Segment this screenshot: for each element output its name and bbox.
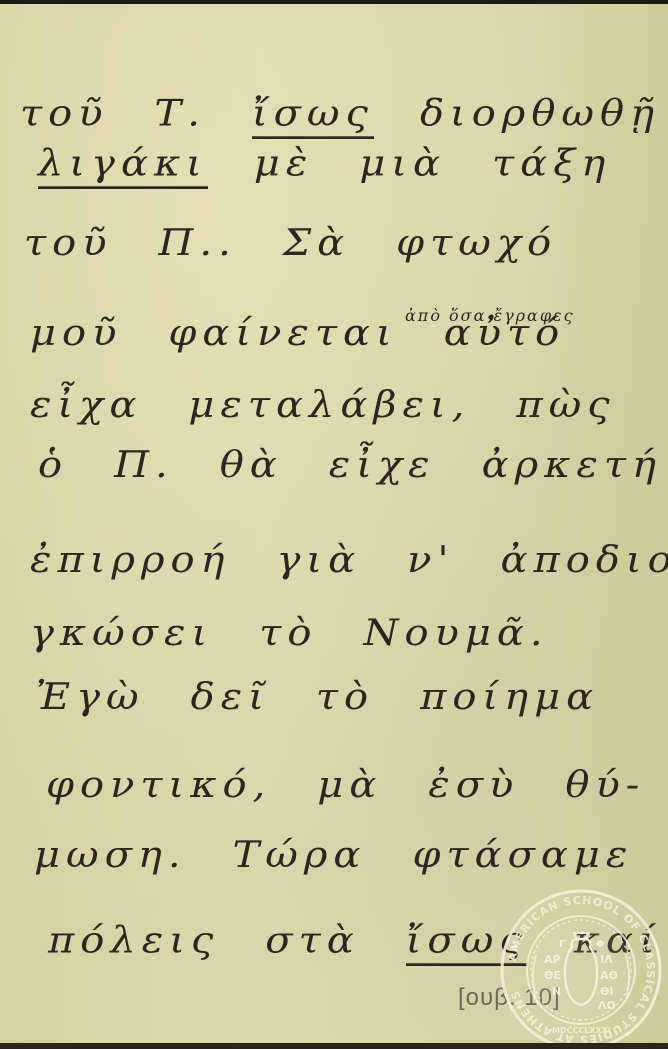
handwritten-word: γκώσει	[30, 613, 213, 654]
handwritten-word: εἶχε	[329, 445, 436, 486]
letter-page: τοῦ Τ. ἴσως διορθωθῇλιγάκι μὲ μιὰ τάξητο…	[0, 4, 668, 1043]
svg-text:Φ: Φ	[596, 939, 605, 950]
handwritten-word: μεταλάβει,	[188, 385, 470, 426]
handwritten-word: δεῖ	[191, 677, 270, 718]
handwritten-word: τὸ	[259, 613, 317, 654]
handwritten-word: Τ.	[155, 93, 206, 134]
handwritten-word: μωση.	[34, 835, 187, 876]
handwritten-word: φοντικό,	[46, 765, 271, 806]
handwritten-line: γκώσει τὸ Νουμᾶ.	[30, 613, 549, 654]
handwritten-word: μὲ	[254, 143, 313, 184]
svg-text:ΘΕ: ΘΕ	[544, 969, 561, 982]
handwritten-word: ν'	[407, 540, 454, 581]
handwritten-word: θὰ	[220, 445, 283, 486]
interlinear-insertion: ἀπὸ ὅσα ἔγραφες	[405, 306, 575, 325]
archive-seal-watermark: AMERICAN SCHOOL OF CLASSICAL STUDIES AT …	[500, 889, 662, 1049]
handwritten-word: ἀποδιο-	[500, 540, 668, 581]
handwritten-word: Π..	[159, 223, 237, 264]
handwritten-word: ἀρκετή	[482, 445, 662, 486]
scan-bottom-edge	[0, 1043, 668, 1049]
svg-text:ΙΛ: ΙΛ	[600, 953, 613, 966]
handwritten-word: ἐσὺ	[428, 765, 519, 806]
handwritten-line: ὁ Π. θὰ εἶχε ἀρκετή	[38, 445, 662, 486]
handwritten-word: λιγάκι	[38, 143, 208, 189]
handwritten-line: λιγάκι μὲ μιὰ τάξη	[38, 143, 611, 189]
svg-text:ΑΘ: ΑΘ	[600, 969, 618, 982]
handwritten-line: τοῦ Π.. Σὰ φτωχό	[24, 223, 557, 264]
svg-text:ΘΙ: ΘΙ	[600, 985, 613, 998]
svg-text:MDCCCLXXXI: MDCCCLXXXI	[552, 1026, 611, 1035]
handwritten-word: ὁ	[38, 445, 68, 486]
handwritten-word: πόλεις	[48, 920, 219, 961]
handwritten-word: εἶχα	[30, 385, 142, 426]
handwritten-word: μιὰ	[359, 143, 446, 184]
handwritten-word: τοῦ	[24, 223, 113, 264]
handwritten-word: φαίνεται	[168, 313, 397, 354]
handwritten-word: Τώρα	[233, 835, 367, 876]
handwritten-line: μωση. Τώρα φτάσαμε	[34, 835, 633, 876]
svg-text:Ν: Ν	[552, 985, 561, 998]
handwritten-word: μοῦ	[30, 313, 122, 354]
handwritten-word: Νουμᾶ.	[363, 613, 548, 654]
handwritten-word: τὸ	[316, 677, 374, 718]
handwritten-word: διορθωθῇ	[420, 93, 660, 134]
handwritten-word: ἴσως	[252, 93, 374, 139]
handwritten-word: πὼς	[516, 385, 615, 426]
handwritten-line: τοῦ Τ. ἴσως διορθωθῇ	[20, 93, 660, 139]
handwritten-line: εἶχα μεταλάβει, πὼς	[30, 385, 616, 426]
handwritten-word: φτάσαμε	[412, 835, 633, 876]
svg-text:Γ: Γ	[559, 939, 566, 950]
svg-text:ΑΡ: ΑΡ	[544, 953, 561, 966]
handwritten-word: μὰ	[317, 765, 382, 806]
handwritten-line: ἐπιρροή γιὰ ν' ἀποδιο-	[30, 540, 668, 581]
handwritten-word: Ἐγὼ	[36, 677, 145, 718]
handwritten-line: Ἐγὼ δεῖ τὸ ποίημα	[36, 677, 599, 718]
svg-text:ΛΟ: ΛΟ	[598, 999, 616, 1012]
handwritten-word: Σὰ	[283, 223, 350, 264]
handwritten-word: ἐπιρροή	[30, 540, 231, 581]
handwritten-line: φοντικό, μὰ ἐσὺ θύ-	[46, 765, 645, 806]
handwritten-word: τάξη	[492, 143, 611, 184]
handwritten-word: Π.	[114, 445, 174, 486]
handwritten-word: τοῦ	[20, 93, 109, 134]
handwritten-word: στὰ	[265, 920, 359, 961]
handwritten-word: θύ-	[565, 765, 645, 806]
handwritten-word: γιὰ	[277, 540, 362, 581]
handwritten-word: φτωχό	[396, 223, 557, 264]
handwritten-word: ποίημα	[420, 677, 599, 718]
